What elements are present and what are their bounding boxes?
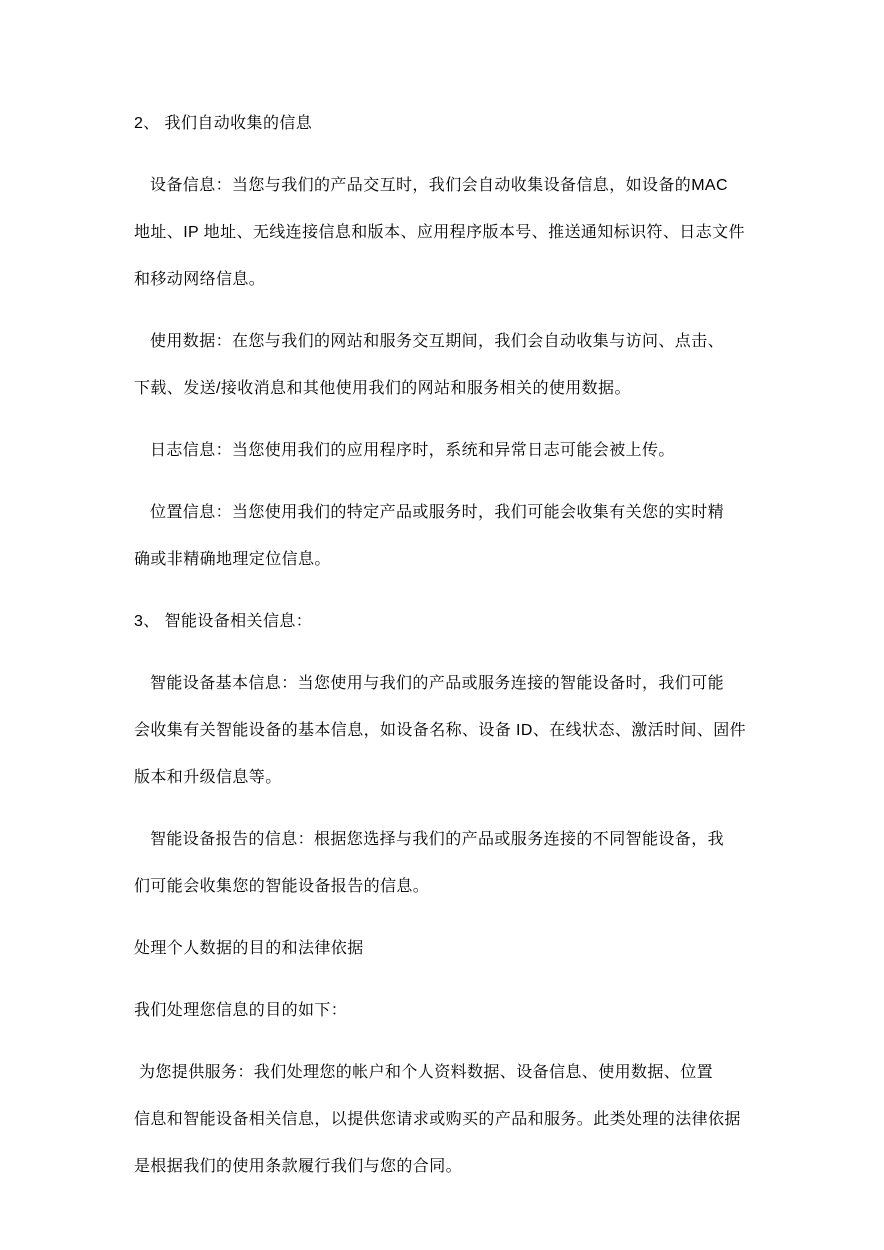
paragraph-purpose-intro: 我们处理您信息的目的如下：: [134, 987, 794, 1034]
paragraph-provide-services: 为您提供服务：我们处理您的帐户和个人资料数据、设备信息、使用数据、位置 信息和智…: [134, 1049, 794, 1190]
doc-line: 确或非精确地理定位信息。: [134, 536, 794, 583]
doc-line: 和移动网络信息。: [134, 256, 794, 303]
paragraph-smart-device-report: 智能设备报告的信息：根据您选择与我们的产品或服务连接的不同智能设备，我 们可能会…: [134, 816, 794, 910]
heading-line: 处理个人数据的目的和法律依据: [134, 925, 794, 972]
document-page: 2、 我们自动收集的信息 设备信息：当您与我们的产品交互时，我们会自动收集设备信…: [0, 0, 884, 1250]
doc-line: 智能设备报告的信息：根据您选择与我们的产品或服务连接的不同智能设备，我: [134, 816, 794, 863]
section-2-heading: 2、 我们自动收集的信息: [134, 100, 794, 147]
doc-line: 使用数据：在您与我们的网站和服务交互期间，我们会自动收集与访问、点击、: [134, 318, 794, 365]
paragraph-usage-data: 使用数据：在您与我们的网站和服务交互期间，我们会自动收集与访问、点击、 下载、发…: [134, 318, 794, 412]
doc-line: 下载、发送/接收消息和其他使用我们的网站和服务相关的使用数据。: [134, 365, 794, 412]
heading-line: 2、 我们自动收集的信息: [134, 100, 794, 147]
document-content: 2、 我们自动收集的信息 设备信息：当您与我们的产品交互时，我们会自动收集设备信…: [134, 100, 794, 1205]
section-3-heading: 3、 智能设备相关信息：: [134, 598, 794, 645]
doc-line: 地址、IP 地址、无线连接信息和版本、应用程序版本号、推送通知标识符、日志文件: [134, 209, 794, 256]
doc-line: 会收集有关智能设备的基本信息，如设备名称、设备 ID、在线状态、激活时间、固件: [134, 707, 794, 754]
doc-line: 为您提供服务：我们处理您的帐户和个人资料数据、设备信息、使用数据、位置: [134, 1049, 794, 1096]
section-title-processing-purpose: 处理个人数据的目的和法律依据: [134, 925, 794, 972]
doc-line: 日志信息：当您使用我们的应用程序时，系统和异常日志可能会被上传。: [134, 427, 794, 474]
doc-line: 智能设备基本信息：当您使用与我们的产品或服务连接的智能设备时，我们可能: [134, 660, 794, 707]
doc-line: 设备信息：当您与我们的产品交互时，我们会自动收集设备信息，如设备的MAC: [134, 162, 794, 209]
paragraph-location-info: 位置信息：当您使用我们的特定产品或服务时，我们可能会收集有关您的实时精 确或非精…: [134, 489, 794, 583]
doc-line: 版本和升级信息等。: [134, 754, 794, 801]
heading-line: 3、 智能设备相关信息：: [134, 598, 794, 645]
paragraph-log-info: 日志信息：当您使用我们的应用程序时，系统和异常日志可能会被上传。: [134, 427, 794, 474]
paragraph-smart-device-basic: 智能设备基本信息：当您使用与我们的产品或服务连接的智能设备时，我们可能 会收集有…: [134, 660, 794, 801]
doc-line: 我们处理您信息的目的如下：: [134, 987, 794, 1034]
paragraph-device-info: 设备信息：当您与我们的产品交互时，我们会自动收集设备信息，如设备的MAC 地址、…: [134, 162, 794, 303]
doc-line: 位置信息：当您使用我们的特定产品或服务时，我们可能会收集有关您的实时精: [134, 489, 794, 536]
doc-line: 信息和智能设备相关信息，以提供您请求或购买的产品和服务。此类处理的法律依据: [134, 1096, 794, 1143]
doc-line: 们可能会收集您的智能设备报告的信息。: [134, 863, 794, 910]
doc-line: 是根据我们的使用条款履行我们与您的合同。: [134, 1143, 794, 1190]
